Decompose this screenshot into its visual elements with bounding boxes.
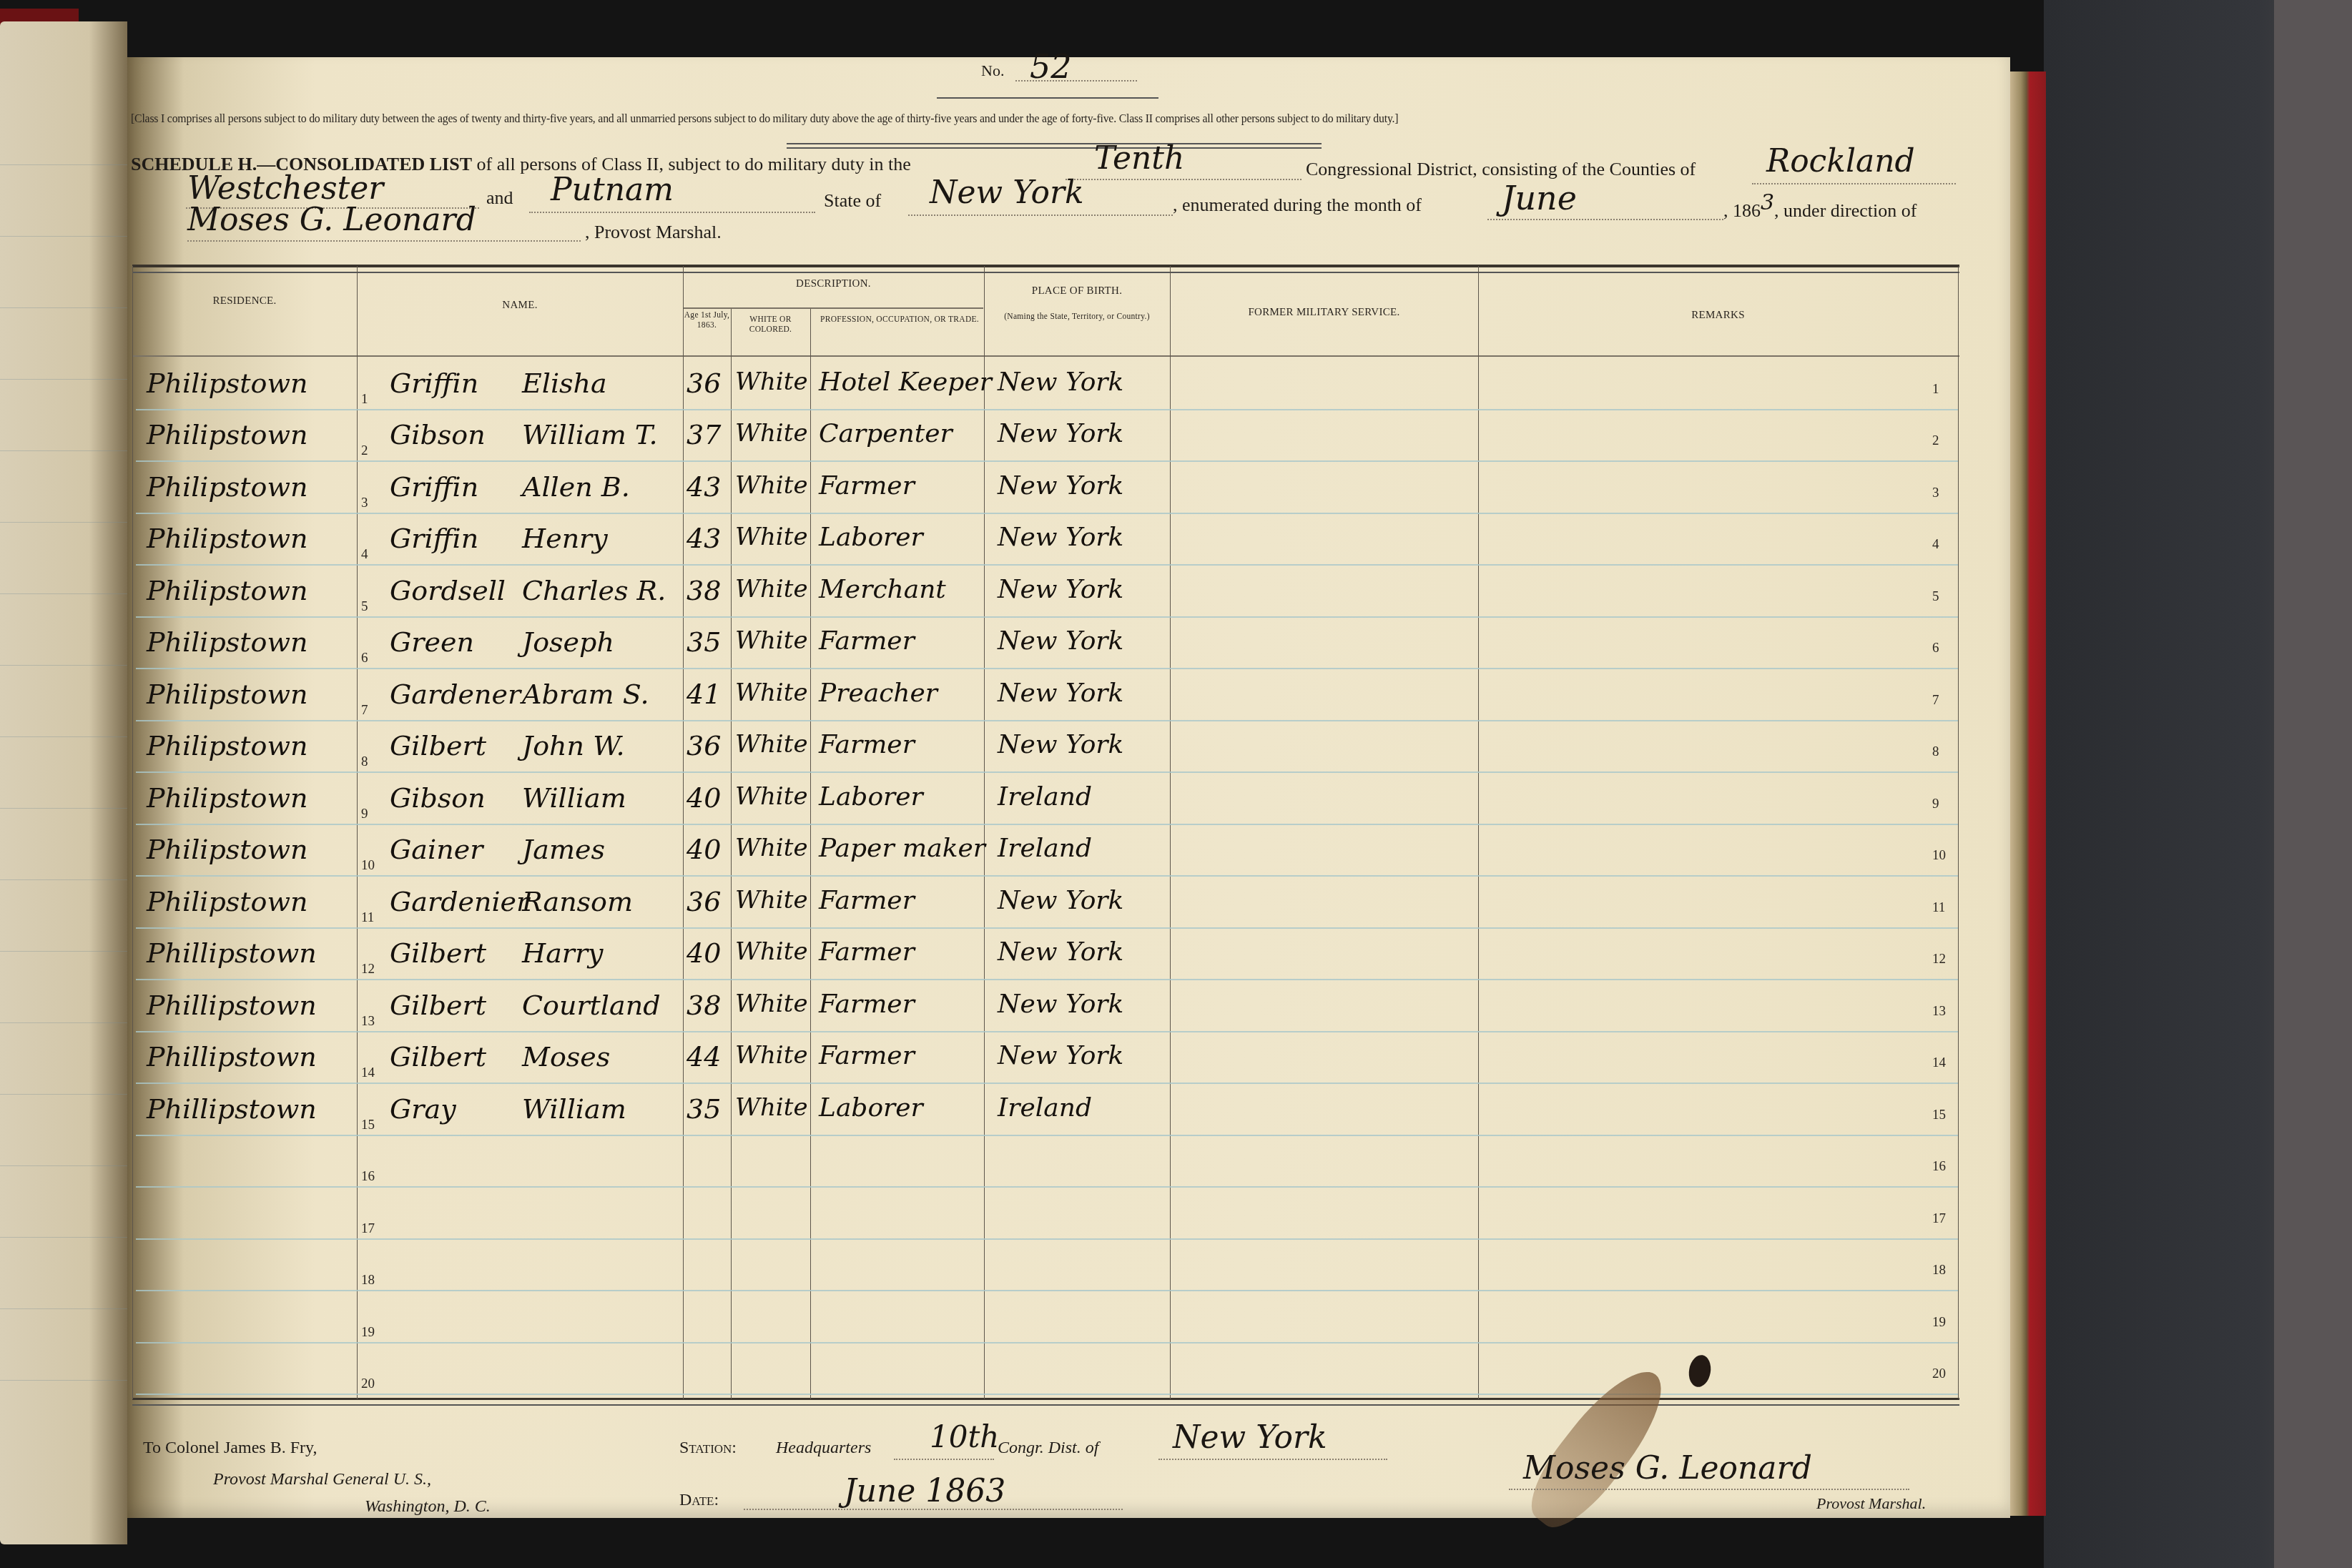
cell-race: White (735, 782, 808, 811)
cell-surname: Griffin (390, 471, 478, 503)
ruled-line (136, 1238, 1958, 1240)
cell-profession: Farmer (819, 886, 915, 915)
cell-residence: Philipstown (147, 471, 307, 503)
district-suffix: Congressional District, consisting of th… (1306, 159, 1696, 180)
cell-age: 40 (687, 834, 721, 865)
header-military: FORMER MILITARY SERVICE. (1170, 306, 1478, 320)
cell-age: 37 (687, 419, 721, 450)
row-number-right: 6 (1932, 641, 1939, 656)
ruled-line (136, 1031, 1958, 1032)
cell-given: Moses (522, 1041, 610, 1073)
row-number: 11 (361, 910, 374, 926)
cell-given: Henry (522, 523, 608, 554)
station-district: 10th (930, 1419, 999, 1454)
cell-birth: New York (998, 471, 1123, 501)
cell-profession: Farmer (819, 937, 915, 967)
cell-residence: Philipstown (147, 419, 307, 450)
footer-to-place: Washington, D. C. (365, 1497, 491, 1517)
cell-profession: Farmer (819, 990, 915, 1019)
header-description: DESCRIPTION. (683, 277, 984, 291)
ruled-line (136, 771, 1958, 773)
cell-residence: Philipstown (147, 523, 307, 554)
header-residence: RESIDENCE. (132, 295, 357, 308)
cell-race: White (735, 419, 808, 448)
cell-surname: Gardener (390, 679, 521, 710)
cell-profession: Carpenter (819, 419, 953, 448)
cell-race: White (735, 523, 808, 551)
row-number: 9 (361, 807, 368, 822)
row-number: 12 (361, 962, 375, 977)
cell-surname: Griffin (390, 523, 478, 554)
cell-surname: Gainer (390, 834, 483, 865)
and-label: and (486, 187, 513, 209)
ruled-line (136, 1135, 1958, 1136)
cell-surname: Gardenier (390, 886, 529, 917)
signature-title: Provost Marshal. (1816, 1494, 1926, 1513)
cell-birth: New York (998, 730, 1123, 759)
cell-race: White (735, 626, 808, 655)
ruled-line (136, 564, 1958, 566)
cell-surname: Griffin (390, 368, 478, 399)
cell-surname: Gilbert (390, 937, 486, 969)
row-number: 1 (361, 392, 368, 408)
cell-profession: Farmer (819, 730, 915, 759)
ruled-line (136, 460, 1958, 462)
cell-race: White (735, 834, 808, 862)
row-number-right: 18 (1932, 1263, 1946, 1278)
class-note: [Class I comprises all persons subject t… (131, 113, 1398, 126)
cell-race: White (735, 679, 808, 707)
cell-profession: Farmer (819, 471, 915, 501)
month-value: June (1502, 179, 1577, 217)
row-number: 8 (361, 754, 368, 770)
cell-age: 43 (687, 523, 721, 554)
cell-birth: Ireland (998, 782, 1092, 812)
cell-race: White (735, 471, 808, 500)
cell-age: 36 (687, 730, 721, 761)
cell-residence: Philipstown (147, 782, 307, 814)
header-age: Age 1st July, 1863. (683, 310, 731, 331)
cell-profession: Laborer (819, 1093, 923, 1123)
county-3: Putnam (551, 172, 674, 208)
cell-profession: Merchant (819, 575, 946, 604)
cell-profession: Farmer (819, 1041, 915, 1070)
cell-given: Joseph (522, 626, 614, 658)
cell-given: Abram S. (522, 679, 649, 710)
cell-birth: New York (998, 886, 1123, 915)
ruled-line (136, 1083, 1958, 1084)
cell-profession: Paper maker (819, 834, 985, 863)
cell-birth: New York (998, 523, 1123, 552)
county-1: Rockland (1766, 143, 1915, 179)
cell-profession: Farmer (819, 626, 915, 656)
row-number: 4 (361, 547, 368, 563)
row-number-right: 11 (1932, 900, 1945, 916)
ruled-line (136, 1342, 1958, 1343)
row-number: 10 (361, 858, 375, 874)
cell-age: 43 (687, 471, 721, 503)
row-number-right: 8 (1932, 744, 1939, 760)
row-number: 15 (361, 1118, 375, 1133)
cell-birth: New York (998, 419, 1123, 448)
cell-residence: Philipstown (147, 886, 307, 917)
header-race: White or Colored. (731, 315, 810, 335)
year-suffix: 3 (1761, 190, 1774, 215)
signature: Moses G. Leonard (1523, 1450, 1812, 1486)
cell-birth: New York (998, 937, 1123, 967)
row-number: 20 (361, 1376, 375, 1392)
cell-race: White (735, 990, 808, 1018)
cell-given: Ransom (522, 886, 633, 917)
cell-residence: Phillipstown (147, 1093, 317, 1125)
cell-race: White (735, 368, 808, 396)
header-name: NAME. (357, 299, 683, 312)
book-page-edges (2010, 72, 2046, 1516)
cell-age: 35 (687, 1093, 721, 1125)
cell-race: White (735, 730, 808, 759)
marshal-suffix: , Provost Marshal. (585, 222, 722, 243)
cell-residence: Phillipstown (147, 937, 317, 969)
cell-birth: New York (998, 1041, 1123, 1070)
row-number-right: 13 (1932, 1004, 1946, 1020)
row-number-right: 9 (1932, 797, 1939, 812)
cell-given: James (522, 834, 605, 865)
cell-age: 36 (687, 368, 721, 399)
row-number-right: 4 (1932, 537, 1939, 553)
cell-birth: New York (998, 368, 1123, 397)
ruled-line (136, 1290, 1958, 1291)
cell-age: 38 (687, 990, 721, 1021)
cell-age: 40 (687, 937, 721, 969)
ruled-line (136, 1394, 1958, 1395)
cell-birth: New York (998, 575, 1123, 604)
cell-profession: Laborer (819, 782, 923, 812)
ruled-line (136, 513, 1958, 514)
cell-profession: Laborer (819, 523, 923, 552)
cell-given: William (522, 782, 626, 814)
cell-surname: Green (390, 626, 474, 658)
month-label: , enumerated during the month of (1173, 194, 1422, 216)
cell-age: 38 (687, 575, 721, 606)
ruled-line (136, 409, 1958, 410)
cell-residence: Philipstown (147, 730, 307, 761)
cell-given: John W. (522, 730, 625, 761)
cell-given: William (522, 1093, 626, 1125)
row-number-right: 15 (1932, 1108, 1946, 1123)
cell-profession: Hotel Keeper (819, 368, 992, 397)
row-number: 16 (361, 1169, 375, 1185)
cell-age: 41 (687, 679, 721, 710)
cell-age: 44 (687, 1041, 721, 1073)
cell-surname: Gibson (390, 782, 486, 814)
cell-surname: Gibson (390, 419, 486, 450)
row-number-right: 16 (1932, 1159, 1946, 1175)
header-birth-note: (Naming the State, Territory, or Country… (991, 312, 1163, 322)
row-number-right: 20 (1932, 1366, 1946, 1382)
schedule-title-rest: of all persons of Class II, subject to d… (477, 154, 911, 174)
ruled-line (136, 979, 1958, 980)
cell-given: Elisha (522, 368, 607, 399)
cell-residence: Phillipstown (147, 1041, 317, 1073)
date-value: June 1863 (844, 1473, 1005, 1509)
header-birth: PLACE OF BIRTH. (984, 285, 1170, 298)
year-prefix: , 186 (1723, 200, 1761, 221)
row-number: 6 (361, 651, 368, 666)
ruled-line (136, 824, 1958, 825)
cell-given: Courtland (522, 990, 660, 1021)
cell-age: 36 (687, 886, 721, 917)
row-number: 7 (361, 703, 368, 719)
station-hq: Headquarters (776, 1439, 871, 1458)
row-number: 17 (361, 1221, 375, 1237)
cell-birth: New York (998, 990, 1123, 1019)
cell-birth: New York (998, 626, 1123, 656)
row-number-right: 10 (1932, 848, 1946, 864)
row-number: 18 (361, 1273, 375, 1288)
cell-surname: Gilbert (390, 990, 486, 1021)
left-page (0, 21, 127, 1544)
cell-surname: Gordsell (390, 575, 506, 606)
station-congr: Congr. Dist. of (998, 1439, 1098, 1458)
ruled-line (136, 616, 1958, 618)
row-number: 14 (361, 1065, 375, 1081)
form-number-label: No. (981, 61, 1004, 80)
ruled-line (136, 668, 1958, 669)
row-number-right: 1 (1932, 382, 1939, 398)
cell-given: Harry (522, 937, 604, 969)
cell-age: 35 (687, 626, 721, 658)
row-number-right: 14 (1932, 1055, 1946, 1071)
row-number-right: 17 (1932, 1211, 1946, 1227)
row-number: 13 (361, 1014, 375, 1030)
cell-residence: Philipstown (147, 575, 307, 606)
cell-given: Charles R. (522, 575, 666, 606)
cell-residence: Philipstown (147, 679, 307, 710)
row-number: 3 (361, 495, 368, 511)
row-number-right: 5 (1932, 589, 1939, 605)
header-profession: Profession, Occupation, or Trade. (815, 315, 984, 325)
cell-surname: Gilbert (390, 1041, 486, 1073)
row-number-right: 2 (1932, 433, 1939, 449)
cell-race: White (735, 1041, 808, 1070)
background-far-right (2274, 0, 2352, 1568)
station-state: New York (1173, 1419, 1327, 1456)
cell-residence: Philipstown (147, 834, 307, 865)
cell-birth: Ireland (998, 1093, 1092, 1123)
state-value: New York (930, 174, 1084, 211)
cell-race: White (735, 1093, 808, 1122)
direction-label: , under direction of (1774, 200, 1916, 221)
row-number-right: 3 (1932, 485, 1939, 501)
cell-residence: Philipstown (147, 626, 307, 658)
cell-birth: Ireland (998, 834, 1092, 863)
cell-surname: Gray (390, 1093, 456, 1125)
row-number: 5 (361, 599, 368, 615)
date-label: Date: (679, 1491, 719, 1510)
cell-birth: New York (998, 679, 1123, 708)
cell-surname: Gilbert (390, 730, 486, 761)
cell-age: 40 (687, 782, 721, 814)
row-number-right: 19 (1932, 1315, 1946, 1331)
ruled-line (136, 875, 1958, 877)
year-label: , 1863, under direction of (1723, 197, 1916, 222)
row-number-right: 12 (1932, 952, 1946, 967)
cell-profession: Preacher (819, 679, 938, 708)
ruled-line (136, 720, 1958, 721)
ruled-line (136, 1186, 1958, 1188)
row-number: 19 (361, 1325, 375, 1341)
cell-race: White (735, 575, 808, 603)
footer-to-line: To Colonel James B. Fry, (143, 1439, 317, 1458)
row-number-right: 7 (1932, 693, 1939, 709)
state-label: State of (824, 190, 881, 212)
district-value: Tenth (1094, 140, 1184, 177)
cell-residence: Philipstown (147, 368, 307, 399)
cell-race: White (735, 937, 808, 966)
footer-to-title: Provost Marshal General U. S., (213, 1470, 431, 1489)
cell-race: White (735, 886, 808, 914)
cell-residence: Phillipstown (147, 990, 317, 1021)
cell-given: William T. (522, 419, 658, 450)
marshal-name: Moses G. Leonard (187, 202, 476, 238)
station-label: Station: (679, 1439, 737, 1458)
ruled-line (136, 927, 1958, 929)
header-remarks: REMARKS (1478, 309, 1958, 322)
row-number: 2 (361, 443, 368, 459)
cell-given: Allen B. (522, 471, 630, 503)
